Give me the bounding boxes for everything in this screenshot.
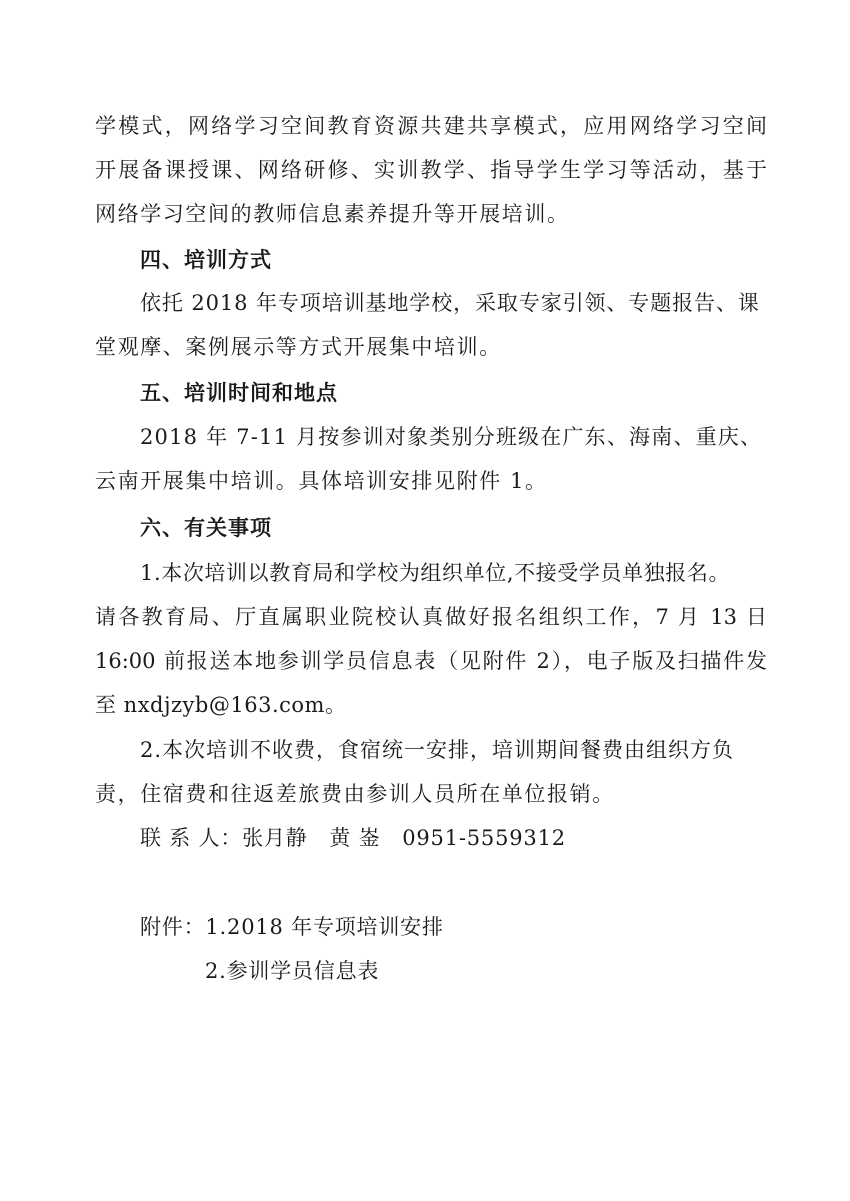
attachment-1: 附件：1.2018 年专项培训安排 [140, 913, 444, 941]
paragraph-line: 开展备课授课、网络研修、实训教学、指导学生学习等活动，基于 [95, 156, 767, 184]
section-heading-related-matters: 六、有关事项 [140, 514, 272, 542]
paragraph-line: 请各教育局、厅直属职业院校认真做好报名组织工作，7 月 13 日 [95, 603, 767, 631]
email-line: 至 nxdjzyb@163.com。 [95, 691, 346, 719]
section-heading-time-location: 五、培训时间和地点 [140, 379, 338, 407]
paragraph-line: 2.本次培训不收费，食宿统一安排，培训期间餐费由组织方负 [140, 736, 734, 764]
contact-line: 联 系 人：张月静 黄 崟 0951-5559312 [140, 824, 566, 852]
paragraph-line: 责，住宿费和往返差旅费由参训人员所在单位报销。 [95, 780, 615, 808]
paragraph-line: 学模式，网络学习空间教育资源共建共享模式，应用网络学习空间 [95, 112, 767, 140]
attachment-2: 2.参训学员信息表 [205, 957, 379, 985]
paragraph-line: 16:00 前报送本地参训学员信息表（见附件 2），电子版及扫描件发 [95, 647, 767, 675]
paragraph-line: 网络学习空间的教师信息素养提升等开展培训。 [95, 200, 570, 228]
section-heading-training-method: 四、培训方式 [140, 246, 272, 274]
paragraph-line: 云南开展集中培训。具体培训安排见附件 1。 [95, 467, 548, 495]
paragraph-line: 2018 年 7-11 月按参训对象类别分班级在广东、海南、重庆、 [140, 423, 762, 451]
paragraph-line: 堂观摩、案例展示等方式开展集中培训。 [95, 333, 502, 361]
paragraph-line: 1.本次培训以教育局和学校为组织单位,不接受学员单独报名。 [140, 559, 730, 587]
paragraph-line: 依托 2018 年专项培训基地学校，采取专家引领、专题报告、课 [140, 289, 760, 317]
